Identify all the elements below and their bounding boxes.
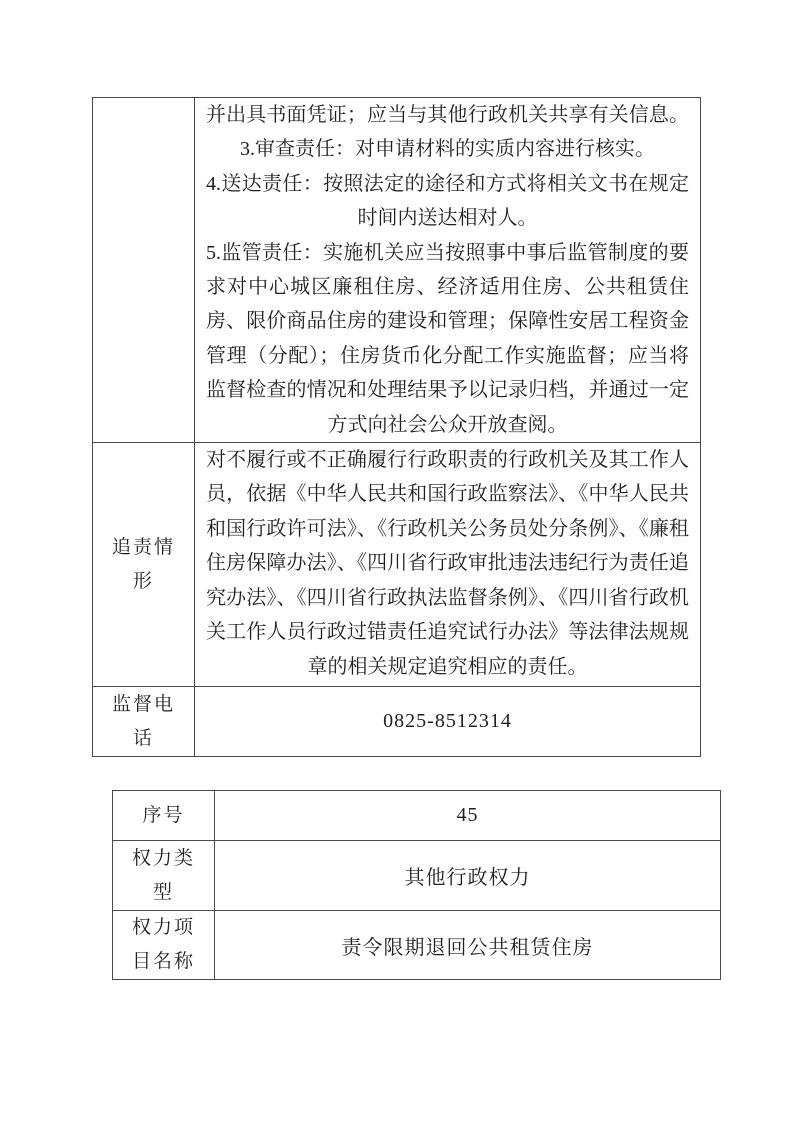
serial-number-value: 45	[215, 791, 721, 841]
table-row-accountability: 追责情形 对不履行或不正确履行行政职责的行政机关及其工作人员，依据《中华人民共和…	[93, 443, 701, 687]
power-item-name-value: 责令限期退回公共租赁住房	[215, 911, 721, 980]
duty-paragraph-delivery: 4.送达责任：按照法定的途径和方式将相关文书在规定时间内送达相对人。	[206, 167, 689, 236]
power-item-table: 序号 45 权力类型 其他行政权力 权力项目名称 责令限期退回公共租赁住房	[112, 790, 721, 980]
accountability-cell: 对不履行或不正确履行行政职责的行政机关及其工作人员，依据《中华人民共和国行政监察…	[195, 443, 701, 687]
table-row-duty-items: 并出具书面凭证；应当与其他行政机关共享有关信息。 3.审查责任：对申请材料的实质…	[93, 98, 701, 443]
row-label-empty	[93, 98, 195, 443]
table-row-power-item-name: 权力项目名称 责令限期退回公共租赁住房	[113, 911, 721, 980]
table-row-serial: 序号 45	[113, 791, 721, 841]
table-row-phone: 监督电话 0825-8512314	[93, 687, 701, 757]
duty-items-cell: 并出具书面凭证；应当与其他行政机关共享有关信息。 3.审查责任：对申请材料的实质…	[195, 98, 701, 443]
table-row-power-type: 权力类型 其他行政权力	[113, 841, 721, 911]
duty-paragraph-supervision: 5.监管责任：实施机关应当按照事中事后监管制度的要求对中心城区廉租住房、经济适用…	[206, 236, 689, 442]
row-label-power-item-name: 权力项目名称	[113, 911, 215, 980]
supervision-phone-value: 0825-8512314	[195, 687, 701, 757]
duty-paragraph-review: 3.审查责任：对申请材料的实质内容进行核实。	[206, 132, 689, 166]
row-label-accountability: 追责情形	[93, 443, 195, 687]
document-page: 并出具书面凭证；应当与其他行政机关共享有关信息。 3.审查责任：对申请材料的实质…	[0, 0, 793, 1122]
row-label-serial: 序号	[113, 791, 215, 841]
row-label-power-type: 权力类型	[113, 841, 215, 911]
power-type-value: 其他行政权力	[215, 841, 721, 911]
row-label-phone: 监督电话	[93, 687, 195, 757]
accountability-paragraph: 对不履行或不正确履行行政职责的行政机关及其工作人员，依据《中华人民共和国行政监察…	[206, 443, 689, 684]
duty-paragraph-continuation: 并出具书面凭证；应当与其他行政机关共享有关信息。	[206, 98, 689, 132]
duty-and-accountability-table: 并出具书面凭证；应当与其他行政机关共享有关信息。 3.审查责任：对申请材料的实质…	[92, 97, 701, 757]
